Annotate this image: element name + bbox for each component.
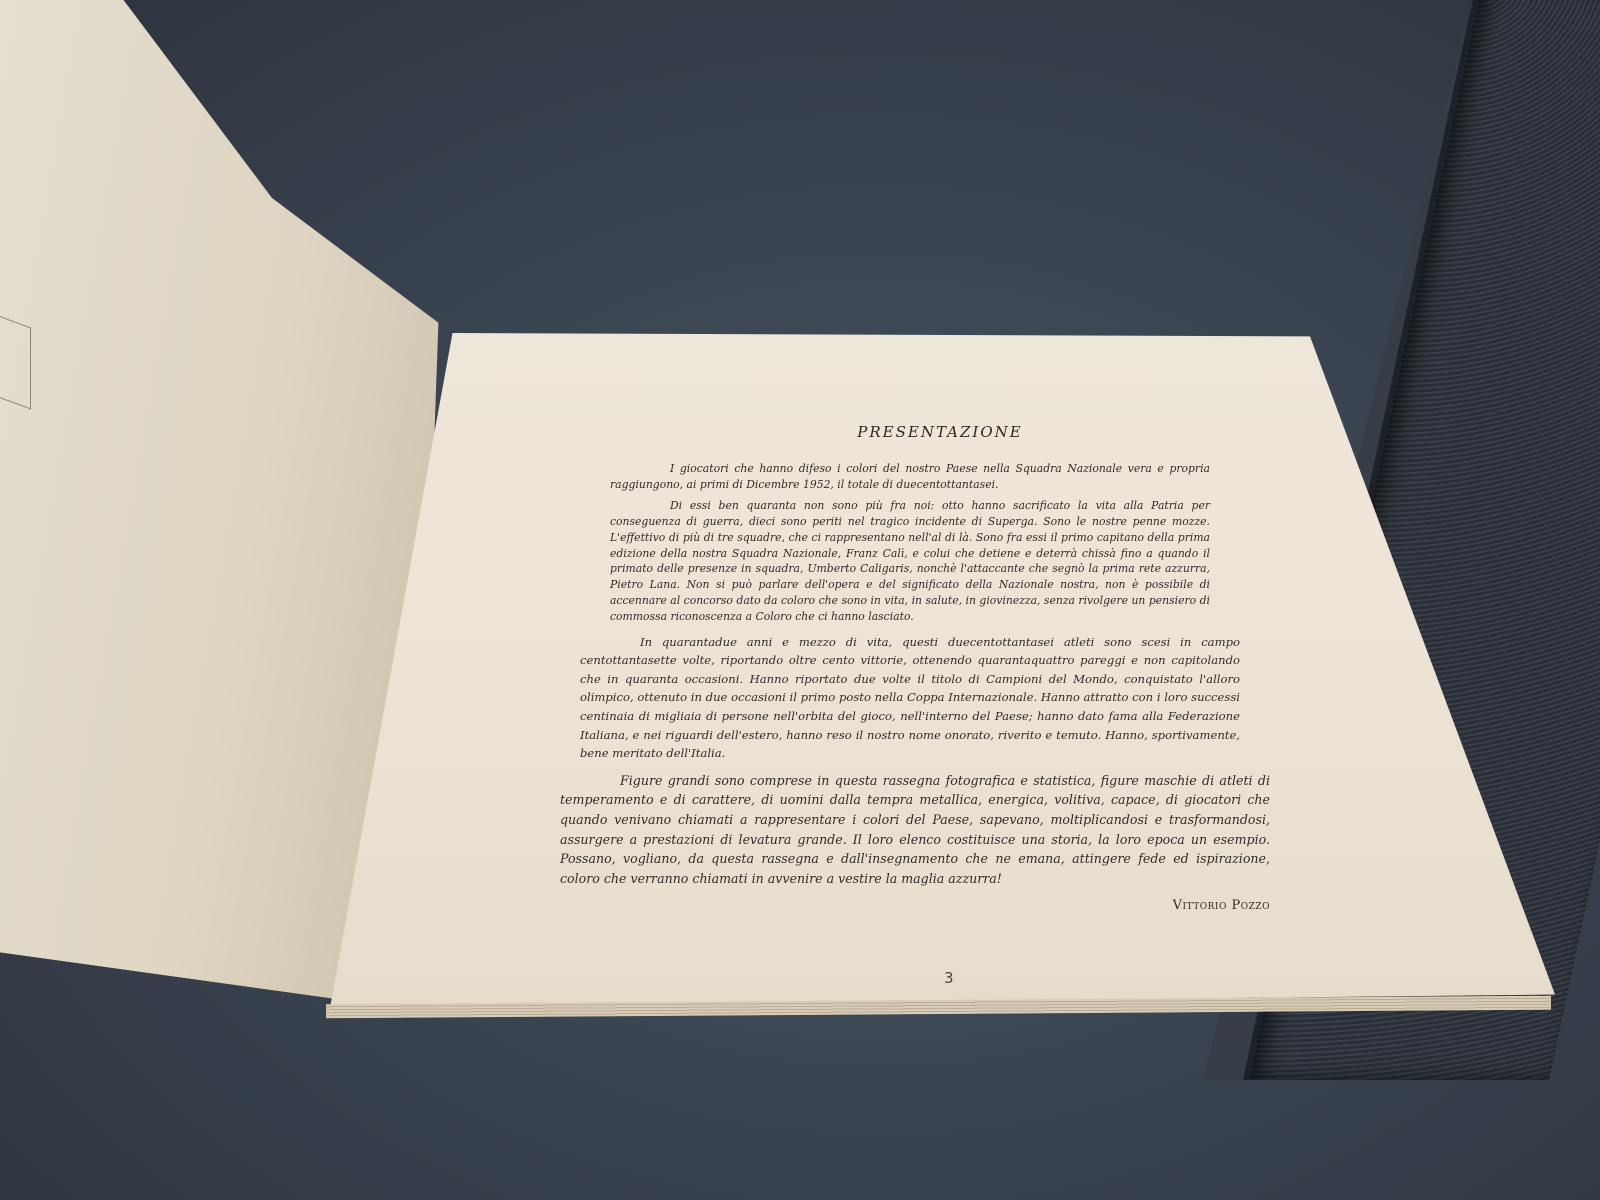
page-content: PRESENTAZIONE I giocatori che hanno dife… — [560, 425, 1290, 914]
paragraph-1: I giocatori che hanno difeso i colori de… — [610, 461, 1210, 493]
paragraph-4: Figure grandi sono comprese in questa ra… — [560, 771, 1270, 889]
signature: Vittorio Pozzo — [560, 898, 1290, 914]
left-page-frame-mark — [0, 313, 31, 410]
page-title: PRESENTAZIONE — [590, 425, 1290, 441]
paragraph-2: Di essi ben quaranta non sono più fra no… — [610, 498, 1210, 624]
page-number: 3 — [944, 969, 954, 987]
paragraph-3: In quarantadue anni e mezzo di vita, que… — [580, 633, 1240, 763]
